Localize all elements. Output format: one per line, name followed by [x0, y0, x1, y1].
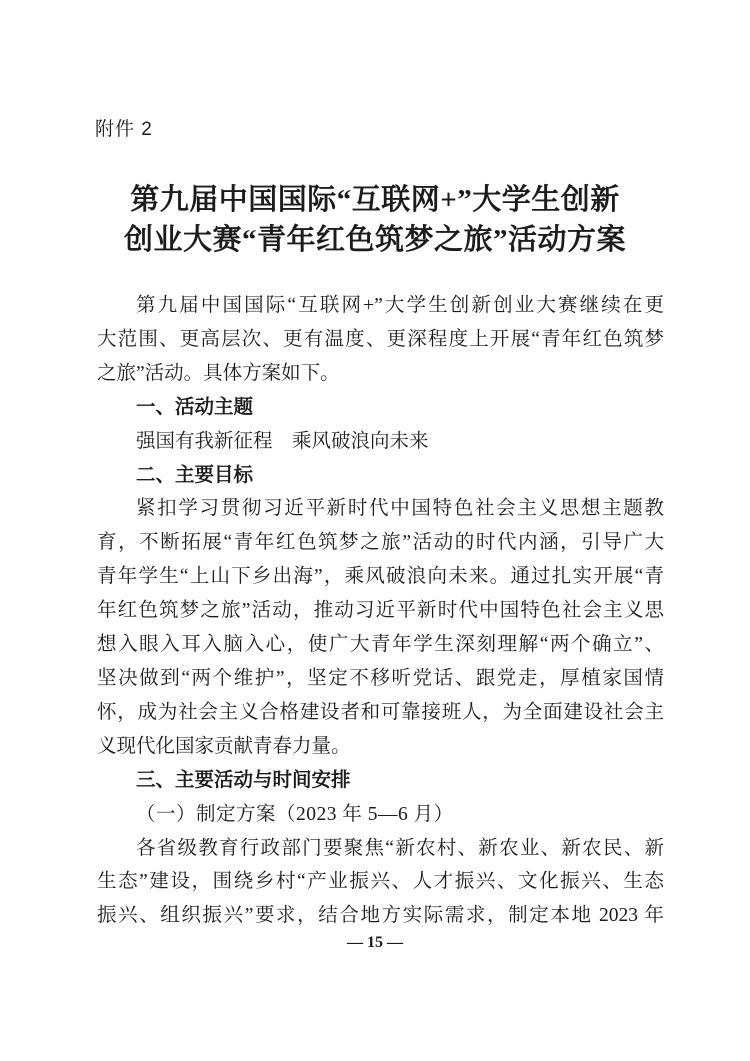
paragraph-line: 之旅”活动。具体方案如下。: [97, 357, 664, 391]
page-number: — 15 —: [0, 934, 750, 952]
paragraph: 紧扣学习贯彻习近平新时代中国特色社会主义思想主题教育，不断拓展“青年红色筑梦之旅…: [97, 492, 664, 763]
document-page: 附件 2 第九届中国国际“互联网+”大学生创新 创业大赛“青年红色筑梦之旅”活动…: [0, 0, 750, 1061]
paragraph-line: 坚决做到“两个维护”，坚定不移听党话、跟党走，厚植家国情: [97, 662, 664, 696]
paragraph-line: 振兴、组织振兴”要求，结合地方实际需求，制定本地 2023 年: [97, 899, 664, 933]
paragraph: 各省级教育行政部门要聚焦“新农村、新农业、新农民、新生态”建设，围绕乡村“产业振…: [97, 832, 664, 934]
paragraph-line: 各省级教育行政部门要聚焦“新农村、新农业、新农民、新: [97, 832, 664, 866]
paragraph-line: 义现代化国家贡献青春力量。: [97, 730, 664, 764]
paragraph: 第九届中国国际“互联网+”大学生创新创业大赛继续在更大范围、更高层次、更有温度、…: [97, 289, 664, 391]
paragraph-line: 想入眼入耳入脑入心，使广大青年学生深刻理解“两个确立”、: [97, 628, 664, 662]
document-body: 第九届中国国际“互联网+”大学生创新创业大赛继续在更大范围、更高层次、更有温度、…: [97, 289, 664, 933]
sub-heading: （一）制定方案（2023 年 5—6 月）: [97, 798, 664, 832]
paragraph-line: 紧扣学习贯彻习近平新时代中国特色社会主义思想主题教: [97, 492, 664, 526]
section-heading: 一、活动主题: [97, 391, 664, 425]
document-title: 第九届中国国际“互联网+”大学生创新 创业大赛“青年红色筑梦之旅”活动方案: [92, 180, 658, 260]
paragraph-line: 育，不断拓展“青年红色筑梦之旅”活动的时代内涵，引导广大: [97, 526, 664, 560]
paragraph-line: 怀，成为社会主义合格建设者和可靠接班人，为全面建设社会主: [97, 696, 664, 730]
attachment-label: 附件 2: [95, 114, 153, 141]
paragraph-line: 大范围、更高层次、更有温度、更深程度上开展“青年红色筑梦: [97, 323, 664, 357]
section-heading: 三、主要活动与时间安排: [97, 764, 664, 798]
paragraph-line: 青年学生“上山下乡出海”，乘风破浪向未来。通过扎实开展“青: [97, 560, 664, 594]
title-line: 第九届中国国际“互联网+”大学生创新: [92, 180, 658, 220]
paragraph-line: 生态”建设，围绕乡村“产业振兴、人才振兴、文化振兴、生态: [97, 865, 664, 899]
paragraph-line: 年红色筑梦之旅”活动，推动习近平新时代中国特色社会主义思: [97, 594, 664, 628]
paragraph-line: 第九届中国国际“互联网+”大学生创新创业大赛继续在更: [97, 289, 664, 323]
title-line: 创业大赛“青年红色筑梦之旅”活动方案: [92, 220, 658, 260]
section-heading: 二、主要目标: [97, 459, 664, 493]
theme-line: 强国有我新征程 乘风破浪向未来: [97, 425, 664, 459]
